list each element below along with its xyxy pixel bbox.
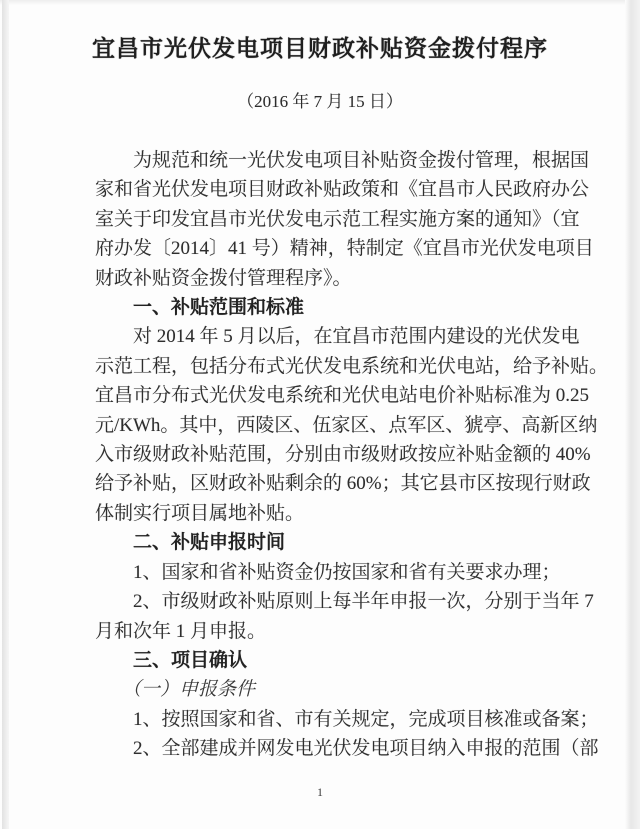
paragraph-line: 家和省光伏发电项目财政补贴政策和《宜昌市人民政府办公 (95, 175, 553, 204)
scan-edge-right (625, 0, 640, 829)
document-title: 宜昌市光伏发电项目财政补贴资金拨付程序 (60, 30, 580, 63)
paragraph-line: 宜昌市分布式光伏发电系统和光伏电站电价补贴标准为 0.25 (95, 381, 553, 410)
list-item-line: 2、市级财政补贴原则上每半年申报一次，分别于当年 7 (95, 587, 553, 616)
section-heading-2: 二、补贴申报时间 (95, 528, 553, 557)
paragraph-line: 为规范和统一光伏发电项目补贴资金拨付管理，根据国 (95, 146, 553, 175)
subsection-heading: （一）申报条件 (95, 675, 553, 704)
scan-edge-left (2, 0, 9, 829)
list-item-line: 2、全部建成并网发电光伏发电项目纳入申报的范围（部 (95, 734, 553, 763)
list-item-line: 月和次年 1 月申报。 (95, 617, 553, 646)
paragraph-line: 对 2014 年 5 月以后，在宜昌市范围内建设的光伏发电 (95, 322, 553, 351)
document-page: 宜昌市光伏发电项目财政补贴资金拨付程序 （2016 年 7 月 15 日） 为规… (0, 0, 640, 829)
document-body: 为规范和统一光伏发电项目补贴资金拨付管理，根据国 家和省光伏发电项目财政补贴政策… (95, 146, 553, 764)
paragraph-line: 府办发〔2014〕41 号）精神，特制定《宜昌市光伏发电项目 (95, 234, 553, 263)
paragraph-line: 示范工程，包括分布式光伏发电系统和光伏电站，给予补贴。 (95, 352, 553, 381)
section-heading-1: 一、补贴范围和标准 (95, 293, 553, 322)
paragraph-line: 财政补贴资金拨付管理程序》。 (95, 264, 553, 293)
document-date: （2016 年 7 月 15 日） (60, 87, 580, 112)
scan-edge-top (0, 0, 640, 5)
page-number: 1 (0, 785, 640, 800)
paragraph-line: 元/KWh。其中，西陵区、伍家区、点军区、猇亭、高新区纳 (95, 411, 553, 440)
list-item-line: 1、按照国家和省、市有关规定，完成项目核准或备案； (95, 705, 553, 734)
paragraph-line: 体制实行项目属地补贴。 (95, 499, 553, 528)
section-heading-3: 三、项目确认 (95, 646, 553, 675)
paragraph-line: 室关于印发宜昌市光伏发电示范工程实施方案的通知》（宜 (95, 205, 553, 234)
paragraph-line: 给予补贴，区财政补贴剩余的 60%；其它县市区按现行财政 (95, 469, 553, 498)
list-item-line: 1、国家和省补贴资金仍按国家和省有关要求办理； (95, 558, 553, 587)
paragraph-line: 入市级财政补贴范围，分别由市级财政按应补贴金额的 40% (95, 440, 553, 469)
